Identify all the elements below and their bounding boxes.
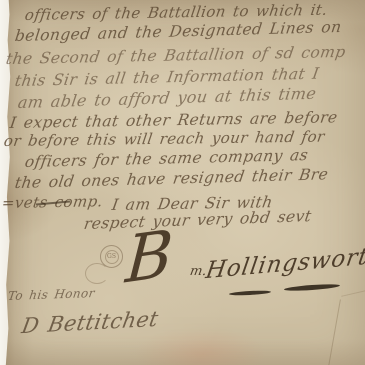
- stamp-letters: GS: [107, 253, 116, 260]
- embossed-stamp-arc: [85, 263, 109, 284]
- embossed-stamp-inner-ring: GS: [105, 250, 119, 264]
- signature-initial: B: [123, 217, 175, 299]
- letter-scan: officers of the Battallion to which it. …: [0, 0, 365, 365]
